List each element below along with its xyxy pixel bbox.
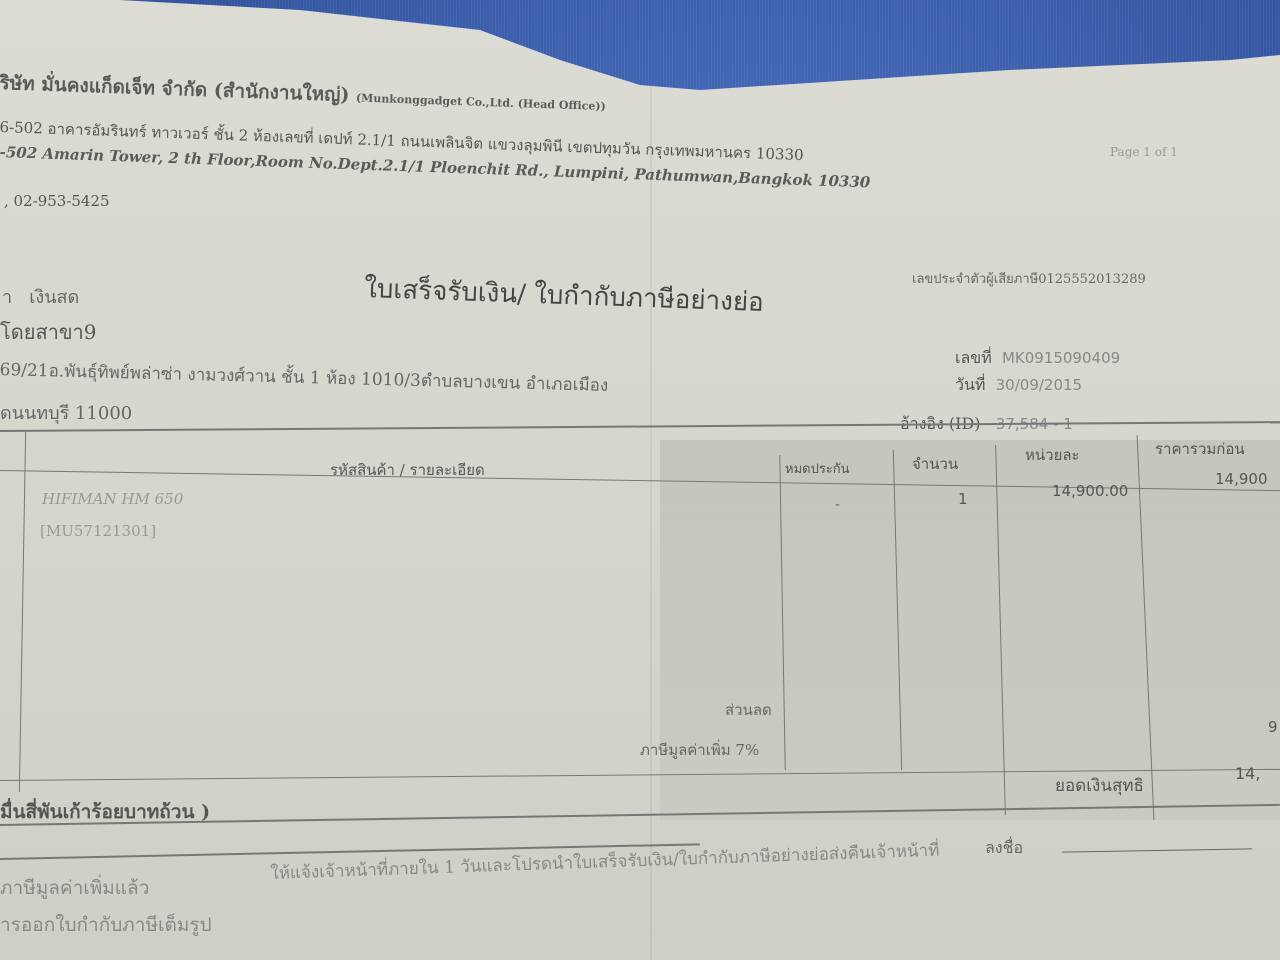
receipt-paper: ริษัท มั่นคงแก็ดเจ็ท จำกัด (สำนักงานใหญ่… [0,0,1280,960]
company-name-th: ริษัท มั่นคงแก็ดเจ็ท จำกัด (สำนักงานใหญ่… [0,72,350,106]
notice-line-1: ให้แจ้งเจ้าหน้าที่ภายใน 1 วันและโปรดนำใบ… [270,837,940,887]
net-total-label: ยอดเงินสุทธิ [1055,772,1144,799]
col-divider-qty [893,450,902,770]
notice-line-2: ารออกใบกำกับภาษีเต็มรูป [0,910,212,940]
col-header-quantity: จำนวน [912,452,958,476]
document-date: วันที่ 30/09/2015 [955,373,1082,398]
net-total-value: 14, [1235,764,1260,783]
doc-no-label: เลขที่ [955,348,992,367]
table-left-border [19,432,26,792]
company-name: ริษัท มั่นคงแก็ดเจ็ท จำกัด (สำนักงานใหญ่… [0,68,606,119]
table-top-border [0,421,1280,432]
vat-value: 9 [1268,718,1278,736]
tax-id: เลขประจำตัวผู้เสียภาษี0125552013289 [912,268,1146,289]
doc-no-value: MK0915090409 [1002,349,1120,367]
col-divider-warranty [779,455,785,770]
date-value: 30/09/2015 [996,376,1082,394]
payment-method: า เงินสด [2,282,79,311]
paper-shadow [660,440,1280,820]
tax-id-value: 0125552013289 [1038,272,1146,287]
signature-label: ลงชื่อ [985,836,1023,861]
vat-label: ภาษีมูลค่าเพิ่ม 7% [640,738,759,762]
document-number: เลขที่ MK0915090409 [955,346,1120,371]
customer-city: ัดนนทบุรี 11000 [0,398,132,427]
tax-id-label: เลขประจำตัวผู้เสียภาษี [912,272,1038,287]
item-unit-price: 14,900.00 [1052,482,1128,500]
col-header-unit-price: หน่วยละ [1025,443,1080,467]
item-quantity: 1 [958,490,968,508]
col-divider-unit [995,445,1006,815]
payment-method-value: เงินสด [29,287,79,308]
customer-address: 69/21อ.พันธุ์ทิพย์พล่าซ่า งามวงศ์วาน ชั้… [0,356,609,399]
document-title: ใบเสร็จรับเงิน/ ใบกำกับภาษีอย่างย่อ [364,268,765,323]
discount-label: ส่วนลด [725,698,772,722]
item-total: 14,900 [1215,470,1268,488]
branch: โดยสาขา9 [0,316,97,348]
date-label: วันที่ [955,375,985,394]
col-header-total: ราคารวมก่อน [1155,437,1245,461]
signature-line [1062,848,1252,852]
payment-prefix: า [2,287,12,308]
company-phone: , 02-953-5425 [4,192,110,210]
col-header-warranty: หมดประกัน [785,458,850,479]
item-warranty: - [835,495,840,513]
item-name: HIFIMAN HM 650 [42,490,183,508]
page-indicator: Page 1 of 1 [1110,145,1178,159]
col-header-description: รหัสสินค้า / รายละเอียด [330,458,485,482]
item-code: [MU57121301] [40,522,156,540]
col-divider-total [1137,435,1155,820]
vat-included-note: ภาษีมูลค่าเพิ่มแล้ว [0,873,149,903]
company-name-en: (Munkonggadget Co.,Ltd. (Head Office)) [356,91,606,113]
amount-in-words: มื่นสี่พันเก้าร้อยบาทถ้วน ) [0,797,210,827]
paper-fold [650,80,652,960]
